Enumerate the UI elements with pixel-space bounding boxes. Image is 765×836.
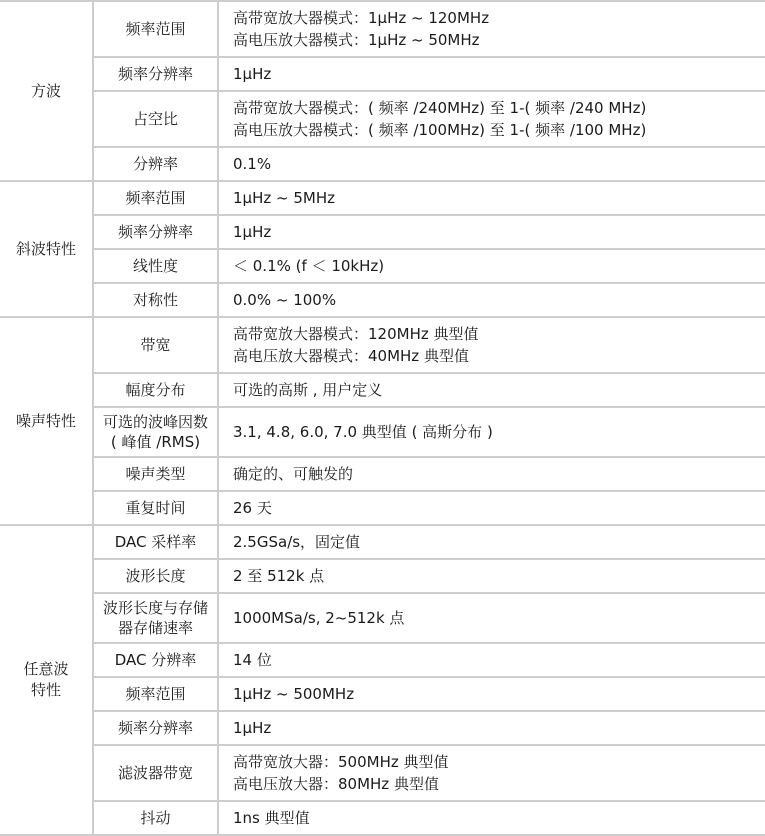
spec-value: 1μHz (233, 717, 755, 739)
spec-value: 0.1% (233, 153, 755, 175)
spec-name-cell: DAC 采样率 (93, 525, 218, 559)
category-label: 噪声特性 (0, 411, 92, 432)
spec-name-cell: 频率范围 (93, 677, 218, 711)
spec-name: 幅度分布 (100, 380, 211, 400)
spec-value-cell: 1μHz ~ 5MHz (218, 181, 765, 215)
spec-name-cell: 频率分辨率 (93, 215, 218, 249)
spec-value-cell: 可选的高斯 , 用户定义 (218, 373, 765, 407)
spec-name: 频率分辨率 (100, 718, 211, 738)
spec-name-cell: 幅度分布 (93, 373, 218, 407)
spec-name: 频率分辨率 (100, 222, 211, 242)
spec-value: 可选的高斯 , 用户定义 (233, 379, 755, 401)
spec-value: 1μHz ~ 500MHz (233, 683, 755, 705)
spec-name-cell: 波形长度 (93, 559, 218, 593)
spec-value: 14 位 (233, 649, 755, 671)
spec-value: 2.5GSa/s，固定值 (233, 531, 755, 553)
spec-value: 1ns 典型值 (233, 807, 755, 829)
spec-value: 2 至 512k 点 (233, 565, 755, 587)
table-row: 频率分辨率 1μHz (0, 711, 765, 745)
table-row: 波形长度与存储 器存储速率 1000MSa/s, 2~512k 点 (0, 593, 765, 643)
spec-value-cell: 1ns 典型值 (218, 801, 765, 835)
table-row: 噪声特性 带宽 高带宽放大器模式：120MHz 典型值 高电压放大器模式：40M… (0, 317, 765, 373)
spec-name: 抖动 (100, 808, 211, 828)
spec-name-cell: 波形长度与存储 器存储速率 (93, 593, 218, 643)
spec-name-cell: 带宽 (93, 317, 218, 373)
category-label: 斜波特性 (0, 239, 92, 260)
table-row: 滤波器带宽 高带宽放大器：500MHz 典型值 高电压放大器：80MHz 典型值 (0, 745, 765, 801)
spec-value: 高带宽放大器模式：( 频率 /240MHz) 至 1-( 频率 /240 MHz… (233, 97, 755, 119)
category-cell: 方波 (0, 1, 93, 181)
spec-name: DAC 采样率 (100, 532, 211, 552)
table-row: 任意波 特性 DAC 采样率 2.5GSa/s，固定值 (0, 525, 765, 559)
spec-value-cell: 确定的、可触发的 (218, 457, 765, 491)
spec-name: 波形长度 (100, 566, 211, 586)
spec-name-cell: 重复时间 (93, 491, 218, 525)
spec-value-cell: 1μHz (218, 711, 765, 745)
table-row: 幅度分布 可选的高斯 , 用户定义 (0, 373, 765, 407)
spec-name-cell: 线性度 (93, 249, 218, 283)
spec-name: 波形长度与存储 (100, 598, 211, 618)
spec-name-cell: 频率范围 (93, 1, 218, 57)
category-label: 特性 (0, 680, 92, 701)
table-row: 方波 频率范围 高带宽放大器模式：1μHz ~ 120MHz 高电压放大器模式：… (0, 1, 765, 57)
table-row: 噪声类型 确定的、可触发的 (0, 457, 765, 491)
spec-name: 频率范围 (100, 684, 211, 704)
spec-value: 高带宽放大器模式：1μHz ~ 120MHz (233, 7, 755, 29)
spec-value: 高电压放大器模式：( 频率 /100MHz) 至 1-( 频率 /100 MHz… (233, 119, 755, 141)
spec-value: 1000MSa/s, 2~512k 点 (233, 607, 755, 629)
table-row: 分辨率 0.1% (0, 147, 765, 181)
spec-name-cell: 频率范围 (93, 181, 218, 215)
table-row: 可选的波峰因数 ( 峰值 /RMS) 3.1, 4.8, 6.0, 7.0 典型… (0, 407, 765, 457)
spec-value: 高电压放大器：80MHz 典型值 (233, 773, 755, 795)
category-label: 任意波 (0, 659, 92, 680)
spec-name-cell: 频率分辨率 (93, 57, 218, 91)
spec-value: 高带宽放大器：500MHz 典型值 (233, 751, 755, 773)
spec-value: 高电压放大器模式：1μHz ~ 50MHz (233, 29, 755, 51)
table-row: 重复时间 26 天 (0, 491, 765, 525)
spec-value-cell: 高带宽放大器模式：1μHz ~ 120MHz 高电压放大器模式：1μHz ~ 5… (218, 1, 765, 57)
table-row: 频率范围 1μHz ~ 500MHz (0, 677, 765, 711)
spec-value: 高带宽放大器模式：120MHz 典型值 (233, 323, 755, 345)
spec-value: 1μHz ~ 5MHz (233, 187, 755, 209)
table-row: DAC 分辨率 14 位 (0, 643, 765, 677)
table-row: 波形长度 2 至 512k 点 (0, 559, 765, 593)
table-row: 频率分辨率 1μHz (0, 215, 765, 249)
spec-name-cell: 频率分辨率 (93, 711, 218, 745)
spec-value-cell: 3.1, 4.8, 6.0, 7.0 典型值 ( 高斯分布 ) (218, 407, 765, 457)
spec-value: 高电压放大器模式：40MHz 典型值 (233, 345, 755, 367)
spec-name: 带宽 (100, 335, 211, 355)
spec-name-cell: 噪声类型 (93, 457, 218, 491)
table-row: 占空比 高带宽放大器模式：( 频率 /240MHz) 至 1-( 频率 /240… (0, 91, 765, 147)
category-cell: 噪声特性 (0, 317, 93, 525)
table-row: 频率分辨率 1μHz (0, 57, 765, 91)
spec-value: 3.1, 4.8, 6.0, 7.0 典型值 ( 高斯分布 ) (233, 421, 755, 443)
spec-name: 滤波器带宽 (100, 763, 211, 783)
spec-name: 可选的波峰因数 (100, 412, 211, 432)
spec-name-cell: 对称性 (93, 283, 218, 317)
spec-name-cell: 分辨率 (93, 147, 218, 181)
spec-name-cell: 占空比 (93, 91, 218, 147)
spec-value-cell: 1μHz (218, 57, 765, 91)
spec-name: DAC 分辨率 (100, 650, 211, 670)
spec-value-cell: 1μHz (218, 215, 765, 249)
spec-name: 噪声类型 (100, 464, 211, 484)
spec-value-cell: 2.5GSa/s，固定值 (218, 525, 765, 559)
spec-value-cell: 26 天 (218, 491, 765, 525)
spec-value-cell: 2 至 512k 点 (218, 559, 765, 593)
spec-value: 确定的、可触发的 (233, 463, 755, 485)
spec-value-cell: 高带宽放大器模式：120MHz 典型值 高电压放大器模式：40MHz 典型值 (218, 317, 765, 373)
spec-name: 占空比 (100, 109, 211, 129)
spec-name: ( 峰值 /RMS) (100, 432, 211, 452)
spec-value-cell: 0.1% (218, 147, 765, 181)
table-row: 抖动 1ns 典型值 (0, 801, 765, 835)
spec-value: 26 天 (233, 497, 755, 519)
spec-name: 线性度 (100, 256, 211, 276)
table-row: 线性度 ＜ 0.1% (f ＜ 10kHz) (0, 249, 765, 283)
spec-name-cell: 滤波器带宽 (93, 745, 218, 801)
spec-name: 频率分辨率 (100, 64, 211, 84)
spec-value-cell: 0.0% ~ 100% (218, 283, 765, 317)
spec-name-cell: 抖动 (93, 801, 218, 835)
spec-value: 1μHz (233, 63, 755, 85)
category-cell: 任意波 特性 (0, 525, 93, 835)
spec-name: 频率范围 (100, 188, 211, 208)
table-row: 斜波特性 频率范围 1μHz ~ 5MHz (0, 181, 765, 215)
spec-value: ＜ 0.1% (f ＜ 10kHz) (233, 255, 755, 277)
spec-table: 方波 频率范围 高带宽放大器模式：1μHz ~ 120MHz 高电压放大器模式：… (0, 0, 765, 836)
spec-name: 频率范围 (100, 19, 211, 39)
spec-value-cell: 1000MSa/s, 2~512k 点 (218, 593, 765, 643)
category-label: 方波 (0, 81, 92, 102)
spec-value-cell: 高带宽放大器模式：( 频率 /240MHz) 至 1-( 频率 /240 MHz… (218, 91, 765, 147)
category-cell: 斜波特性 (0, 181, 93, 317)
spec-value-cell: 14 位 (218, 643, 765, 677)
spec-name-cell: DAC 分辨率 (93, 643, 218, 677)
spec-value: 0.0% ~ 100% (233, 289, 755, 311)
spec-value-cell: ＜ 0.1% (f ＜ 10kHz) (218, 249, 765, 283)
spec-name: 重复时间 (100, 498, 211, 518)
spec-name: 分辨率 (100, 154, 211, 174)
spec-name: 对称性 (100, 290, 211, 310)
spec-value-cell: 高带宽放大器：500MHz 典型值 高电压放大器：80MHz 典型值 (218, 745, 765, 801)
spec-name: 器存储速率 (100, 618, 211, 638)
spec-name-cell: 可选的波峰因数 ( 峰值 /RMS) (93, 407, 218, 457)
spec-value: 1μHz (233, 221, 755, 243)
table-row: 对称性 0.0% ~ 100% (0, 283, 765, 317)
spec-value-cell: 1μHz ~ 500MHz (218, 677, 765, 711)
